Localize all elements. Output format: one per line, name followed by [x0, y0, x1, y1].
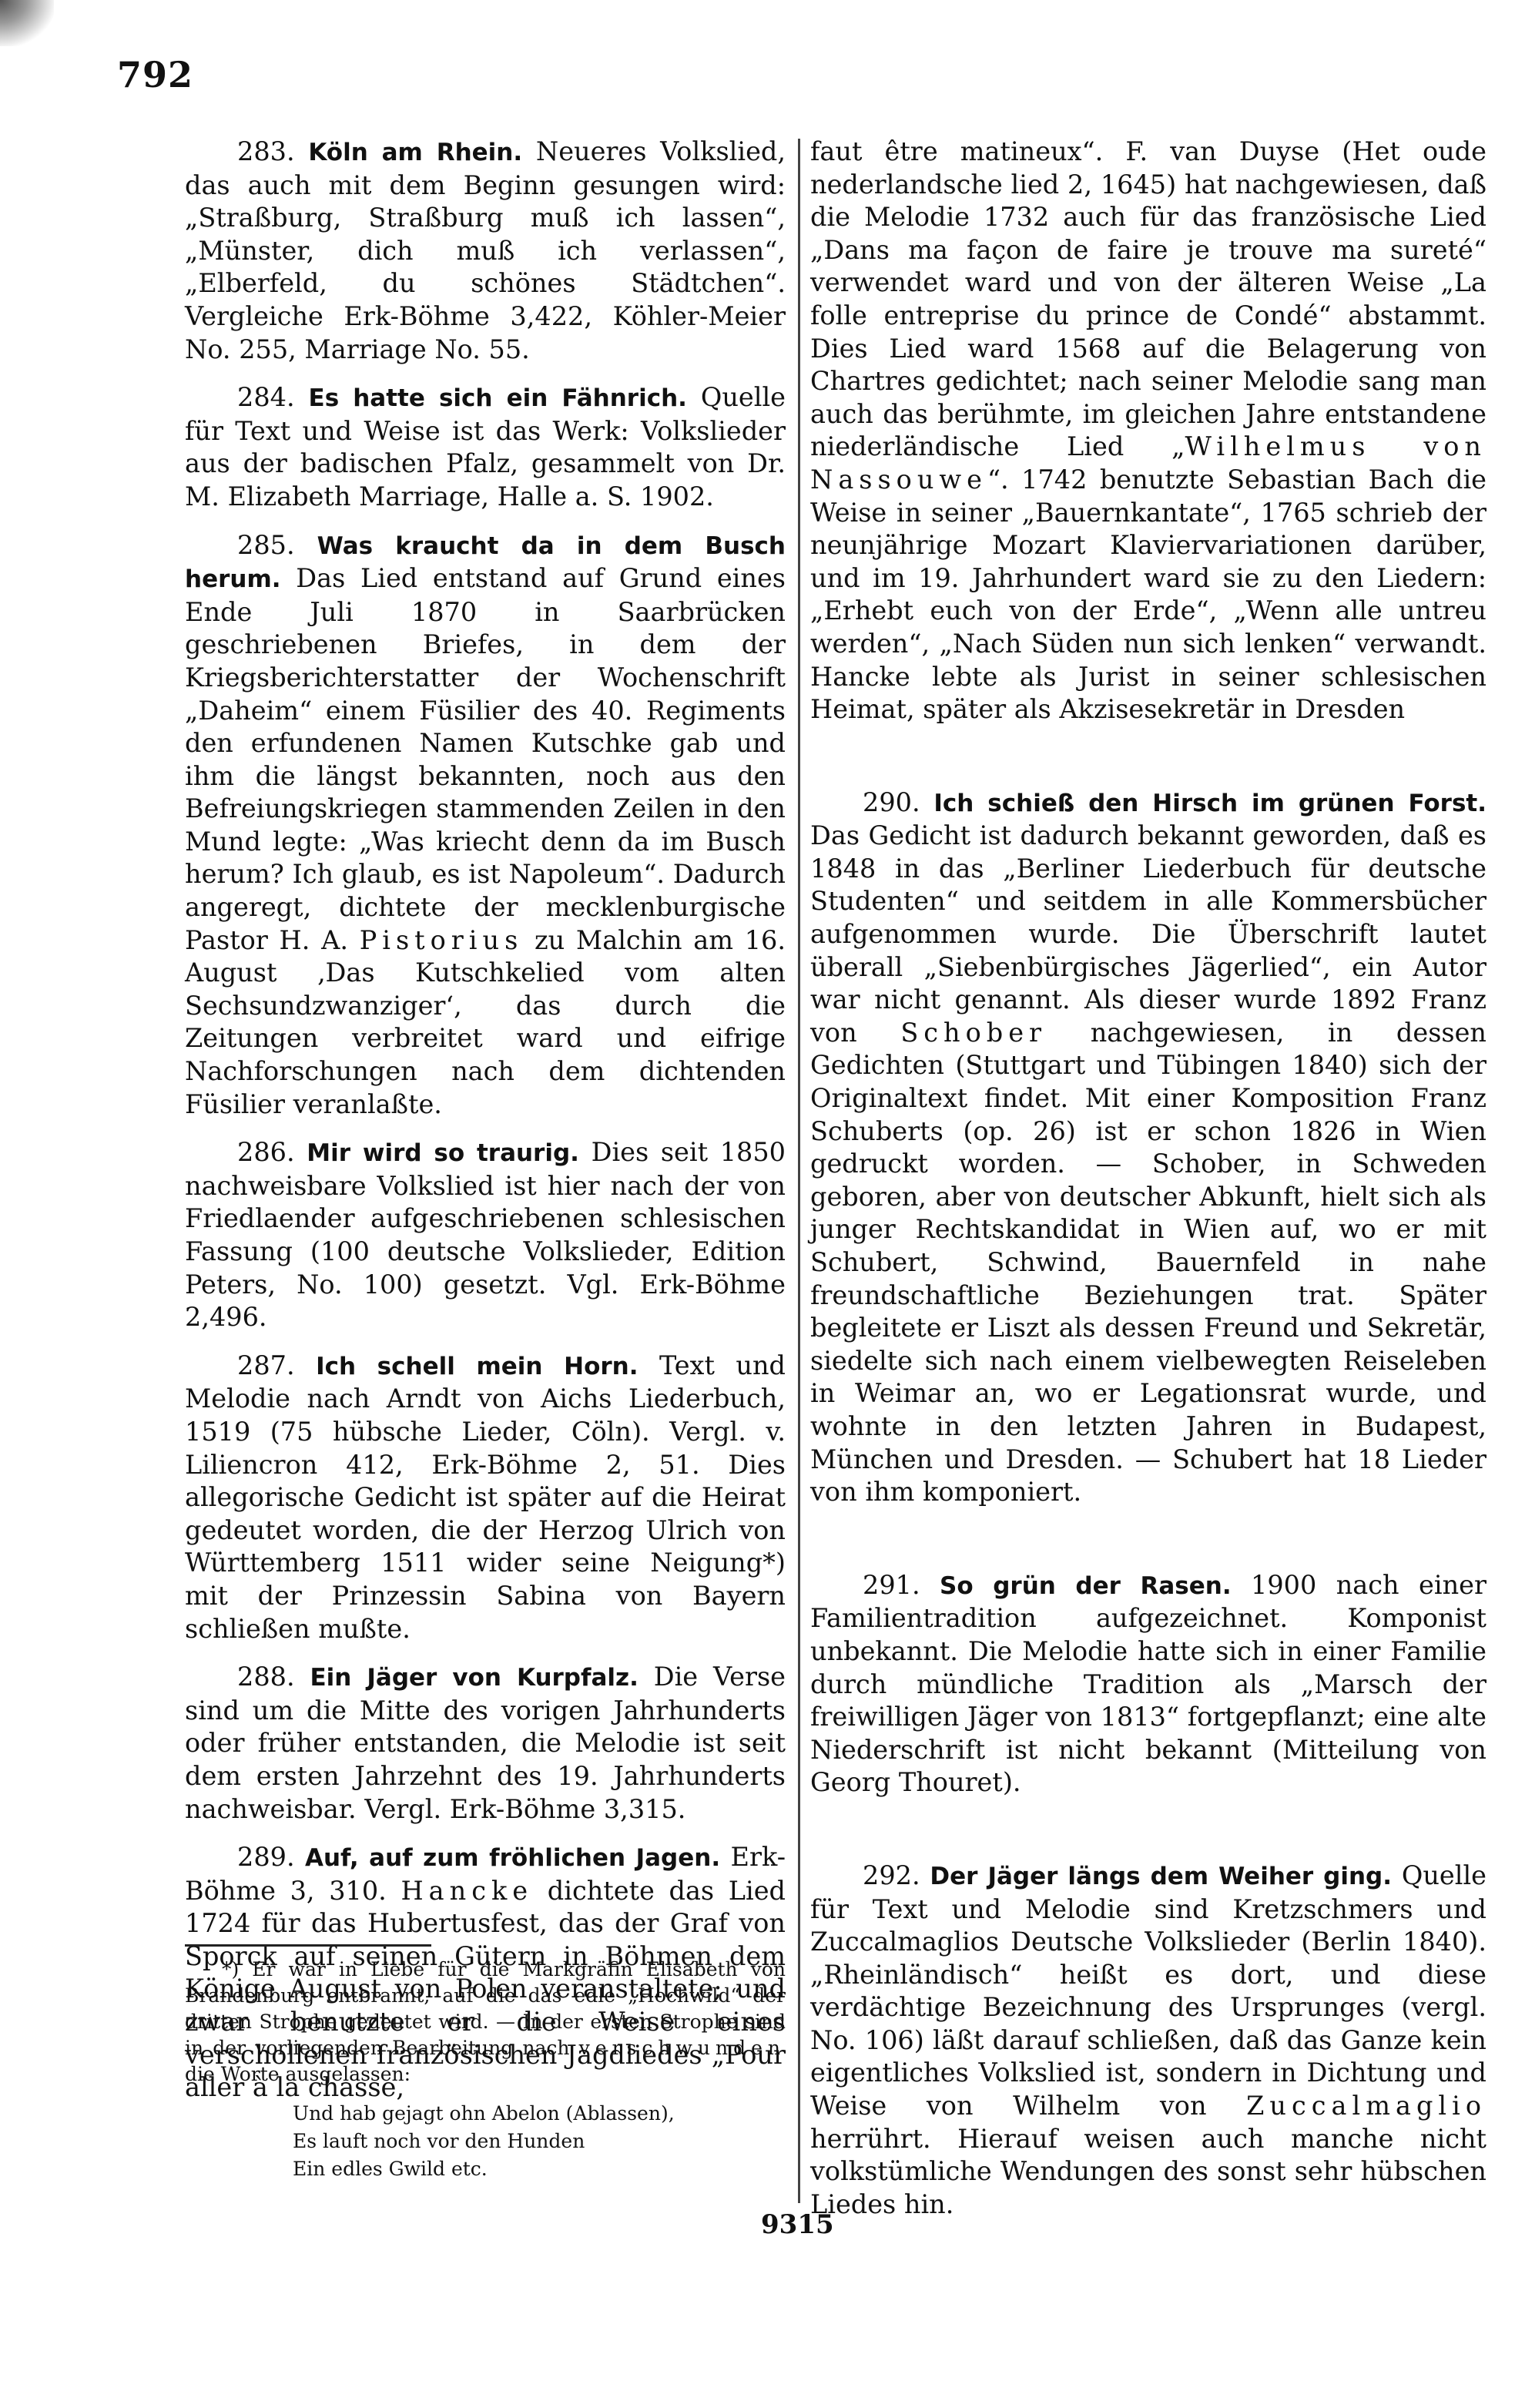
spaced-name: Pistorius [360, 925, 524, 955]
entry-text: “. 1742 benutzte Sebastian Bach die Weis… [810, 464, 1486, 724]
entry-title: Es hatte sich ein Fähnrich. [309, 384, 687, 412]
entry-284: 284. Es hatte sich ein Fähnrich. Quelle … [185, 381, 786, 513]
entry-text: herrührt. Hierauf weisen auch manche nic… [810, 2124, 1486, 2219]
entry-290: 290. Ich schieß den Hirsch im grünen For… [810, 786, 1486, 1509]
entry-text: Das Gedicht ist dadurch bekannt geworden… [810, 820, 1486, 1048]
spaced-name: Zuccalmaglio [1246, 2091, 1486, 2121]
entry-text: Neueres Volkslied, das auch mit dem Begi… [185, 136, 786, 364]
entry-292: 292. Der Jäger längs dem Weiher ging. Qu… [810, 1860, 1486, 2222]
entry-number: 290. [863, 787, 920, 817]
entry-288: 288. Ein Jäger von Kurpfalz. Die Verse s… [185, 1661, 786, 1826]
right-column: faut être matineux“. F. van Duyse (Het o… [810, 136, 1486, 2221]
entry-number: 283. [237, 136, 295, 166]
entry-287: 287. Ich schell mein Horn. Text und Melo… [185, 1350, 786, 1645]
entry-number: 287. [237, 1350, 295, 1380]
entry-title: Ich schell mein Horn. [316, 1353, 638, 1380]
entry-number: 292. [863, 1860, 920, 1890]
footnote-rule [185, 1944, 431, 1947]
entry-title: So grün der Rasen. [940, 1572, 1232, 1600]
footnote-verse: Und hab gejagt ohn Abelon (Ablassen), Es… [293, 2100, 786, 2183]
spaced-name: Schober [900, 1018, 1047, 1048]
entry-title: Mir wird so traurig. [307, 1139, 579, 1167]
verse-line: Ein edles Gwild etc. [293, 2155, 786, 2183]
verse-line: Und hab gejagt ohn Abelon (Ablassen), [293, 2100, 786, 2128]
entry-number: 286. [237, 1137, 295, 1167]
entry-number: 288. [237, 1662, 295, 1692]
entry-283: 283. Köln am Rhein. Neueres Volkslied, d… [185, 136, 786, 366]
entry-title: Ein Jäger von Kurpfalz. [310, 1664, 638, 1692]
footnote-text-part: die Worte ausgelassen: [185, 2063, 411, 2085]
entry-text: Quelle für Text und Melodie sind Kretzsc… [810, 1860, 1486, 2121]
bottom-page-number: 9315 [761, 2209, 834, 2240]
footnote-text: *) Er war in Liebe für die Markgräfin El… [185, 1957, 786, 2088]
entry-text: 1900 nach einer Familientradition aufgez… [810, 1570, 1486, 1798]
footnote: *) Er war in Liebe für die Markgräfin El… [185, 1957, 786, 2183]
entry-title: Köln am Rhein. [308, 139, 522, 166]
spaced-word: verschwunden [579, 2037, 786, 2059]
entry-285: 285. Was kraucht da in dem Busch herum. … [185, 529, 786, 1122]
entry-291: 291. So grün der Rasen. 1900 nach einer … [810, 1569, 1486, 1799]
entry-286: 286. Mir wird so traurig. Dies seit 1850… [185, 1136, 786, 1334]
entry-number: 289. [237, 1842, 295, 1872]
verse-line: Es lauft noch vor den Hunden [293, 2128, 786, 2155]
entry-number: 285. [237, 530, 295, 560]
spaced-name: Hancke [401, 1876, 533, 1906]
left-column: 283. Köln am Rhein. Neueres Volkslied, d… [185, 136, 786, 2104]
entry-title: Auf, auf zum fröhlichen Jagen. [305, 1844, 720, 1872]
entry-number: 291. [863, 1570, 920, 1600]
scan-corner-shadow [0, 0, 54, 46]
entry-text: Text und Melodie nach Arndt von Aichs Li… [185, 1350, 786, 1644]
entry-title: Ich schieß den Hirsch im grünen Forst. [933, 790, 1486, 817]
top-page-number: 792 [117, 54, 193, 96]
entry-text: Das Lied entstand auf Grund eines Ende J… [185, 563, 786, 955]
entry-text: faut être matineux“. F. van Duyse (Het o… [810, 136, 1486, 461]
entry-289-continuation: faut être matineux“. F. van Duyse (Het o… [810, 136, 1486, 726]
column-divider [798, 139, 800, 2203]
entry-number: 284. [237, 382, 295, 412]
entry-title: Der Jäger längs dem Weiher ging. [930, 1863, 1392, 1890]
entry-text: nachgewiesen, in dessen Gedichten (Stutt… [810, 1018, 1486, 1507]
